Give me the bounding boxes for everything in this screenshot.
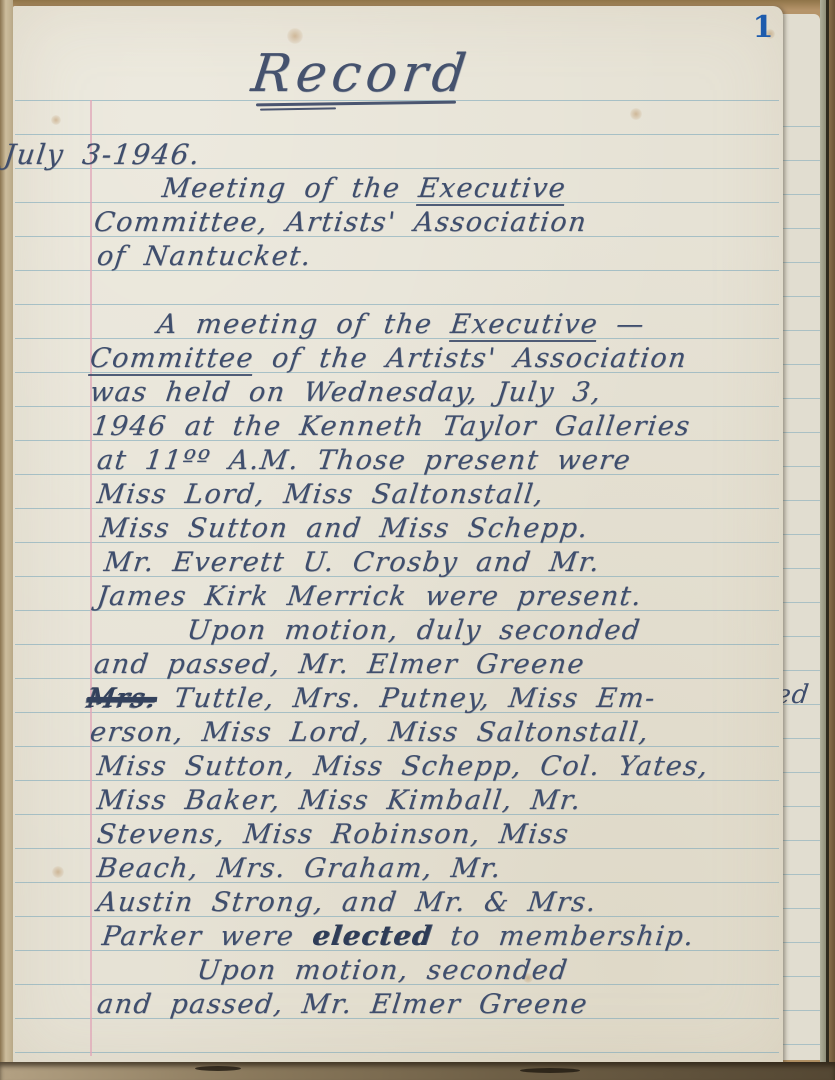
hand-text: Austin Strong, and Mr. & Mrs. [95,887,599,918]
handwriting-line: of Nantucket. [95,240,314,274]
handwriting-line: James Kirk Merrick were present. [95,580,644,614]
paper-stain [287,28,303,44]
ink-blot [520,1068,580,1073]
struck-out-word: Mrs. [85,683,158,714]
hand-text: of the Artists' Association [252,343,689,374]
hand-text: Miss Baker, Miss Kimball, Mr. [95,785,583,816]
record-title: Record [248,44,474,104]
handwriting-line: Meeting of the Executive [160,172,568,206]
hand-text: Parker were [100,921,314,952]
ledger-photo: { "page_number": "1", "title": { "text":… [0,0,835,1080]
handwriting-line: at 11ºº A.M. Those present were [95,444,633,478]
handwriting-line: Miss Sutton and Miss Schepp. [98,512,591,546]
hand-text: July 3-1946. [2,138,202,171]
underlined-word: Executive [416,173,568,206]
handwriting-line: A meeting of the Executive — [155,308,647,342]
hand-text: Miss Lord, Miss Saltonstall, [95,479,546,510]
hand-text: and passed, Mr. Elmer Greene [92,649,587,680]
handwriting-line: Beach, Mrs. Graham, Mr. [95,852,504,886]
page-number: 1 [746,10,780,45]
handwriting-line: Austin Strong, and Mr. & Mrs. [95,886,599,920]
hand-text: Mr. Everett U. Crosby and Mr. [102,547,602,578]
handwriting-line: Mrs. Tuttle, Mrs. Putney, Miss Em- [85,682,658,716]
hand-text: Upon motion, seconded [195,955,570,986]
handwriting-line: Committee, Artists' Association [92,206,589,240]
hand-text: was held on Wednesday, July 3, [88,377,603,408]
handwriting-line: Miss Baker, Miss Kimball, Mr. [95,784,584,818]
handwriting-line: was held on Wednesday, July 3, [88,376,604,410]
hand-text: Tuttle, Mrs. Putney, Miss Em- [154,683,657,714]
hand-text: Committee, Artists' Association [92,207,589,238]
handwriting-line: and passed, Mr. Elmer Greene [95,988,590,1022]
hand-text: Miss Sutton and Miss Schepp. [98,513,590,544]
hand-text: Stevens, Miss Robinson, Miss [95,819,571,850]
handwriting-line: 1946 at the Kenneth Taylor Galleries [90,410,693,444]
ink-blot [195,1066,241,1071]
handwriting-line: erson, Miss Lord, Miss Saltonstall, [88,716,651,750]
hand-text: and passed, Mr. Elmer Greene [95,989,590,1020]
margin-date: July 3-1946. [2,138,203,172]
overwritten-word: elected [311,921,435,952]
handwriting-line: Miss Lord, Miss Saltonstall, [95,478,546,512]
handwriting-line: Committee of the Artists' Association [88,342,689,376]
hand-text: erson, Miss Lord, Miss Saltonstall, [88,717,651,748]
hand-text: Beach, Mrs. Graham, Mr. [95,853,503,884]
hand-text: to membership. [431,921,697,952]
margin-line [90,100,92,1056]
handwriting-line: Mr. Everett U. Crosby and Mr. [102,546,602,580]
hand-text: of Nantucket. [95,241,313,272]
hand-text: Meeting of the [160,173,420,204]
hand-text: James Kirk Merrick were present. [95,581,644,612]
handwriting-line: and passed, Mr. Elmer Greene [92,648,587,682]
hand-text: 1946 at the Kenneth Taylor Galleries [90,411,692,442]
handwriting-line: Upon motion, duly seconded [185,614,643,648]
desk-shadow [0,1062,835,1080]
handwriting-line: Upon motion, seconded [195,954,570,988]
hand-text: — [596,309,646,340]
hand-text: A meeting of the [155,309,452,340]
hand-text: at 11ºº A.M. Those present were [95,445,633,476]
handwriting-line: Stevens, Miss Robinson, Miss [95,818,571,852]
underlined-word: Executive [449,309,601,342]
hand-text: Upon motion, duly seconded [185,615,643,646]
hand-text: Miss Sutton, Miss Schepp, Col. Yates, [95,751,710,782]
handwriting-line: Parker were elected to membership. [100,920,696,954]
handwriting-line: Miss Sutton, Miss Schepp, Col. Yates, [95,750,711,784]
book-spine-edge [829,0,835,1066]
underlined-word: Committee [88,343,256,376]
